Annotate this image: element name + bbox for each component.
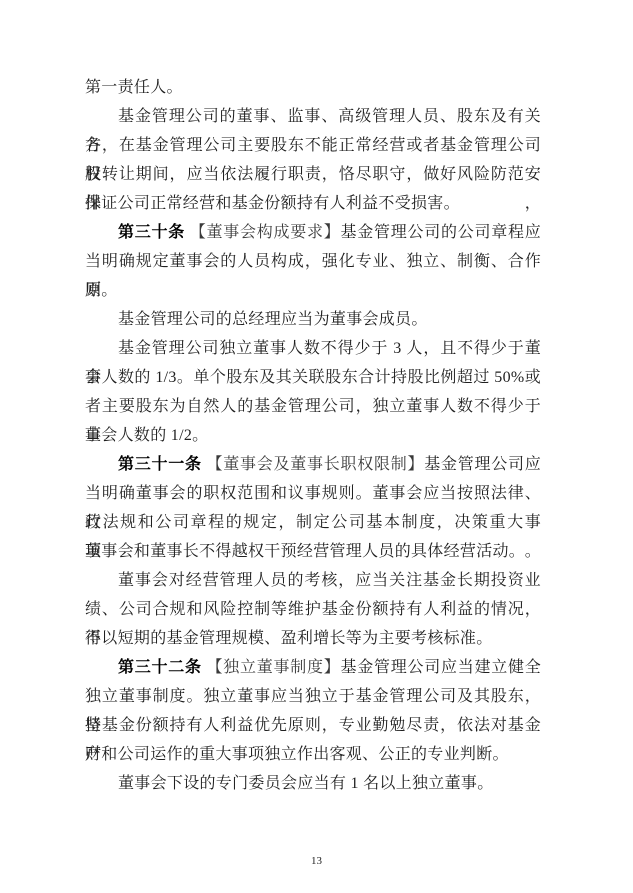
article-number: 第三十条 xyxy=(118,224,185,241)
text-line: 当明确规定董事会的人员构成，强化专业、独立、制衡、合作原 xyxy=(85,247,541,276)
body-text: 董事会下设的专门委员会应当有 1 名以上独立董事。 xyxy=(118,775,494,792)
text-line: 者主要股东为自然人的基金管理公司，独立董事人数不得少于董 xyxy=(85,392,541,421)
text-line: 董事会下设的专门委员会应当有 1 名以上独立董事。 xyxy=(85,769,541,798)
article-number: 第三十二条 xyxy=(118,659,202,676)
document-page: 第一责任人。基金管理公司的董事、监事、高级管理人员、股东及有关各方，在基金管理公… xyxy=(0,0,633,893)
text-line: 第三十一条 【董事会及董事长职权限制】基金管理公司应 xyxy=(85,450,541,479)
article-number: 第三十一条 xyxy=(118,456,202,473)
text-line: 董事会和董事长不得越权干预经营管理人员的具体经营活动。 xyxy=(85,537,541,566)
text-line: 基金管理公司的董事、监事、高级管理人员、股东及有关各 xyxy=(85,102,541,131)
body-text: 会人数的 1/3。单个股东及其关联股东合计持股比例超过 50%或 xyxy=(85,369,541,386)
body-text: 第一责任人。 xyxy=(85,79,183,96)
text-block: 第一责任人。基金管理公司的董事、监事、高级管理人员、股东及有关各方，在基金管理公… xyxy=(85,73,541,798)
text-line: 事会人数的 1/2。 xyxy=(85,421,541,450)
article-title-bracket: 【独立董事制度】 xyxy=(202,659,341,676)
text-line: 持基金份额持有人利益优先原则，专业勤勉尽责，依法对基金财 xyxy=(85,711,541,740)
text-line: 当明确董事会的职权范围和议事规则。董事会应当按照法律、行 xyxy=(85,479,541,508)
text-line: 董事会对经营管理人员的考核，应当关注基金长期投资业 xyxy=(85,566,541,595)
text-line: 方，在基金管理公司主要股东不能正常经营或者基金管理公司股 xyxy=(85,131,541,160)
body-text: 产和公司运作的重大事项独立作出客观、公正的专业判断。 xyxy=(85,746,509,763)
body-text: 基金管理公司应 xyxy=(424,456,541,473)
article-title-bracket: 【董事会构成要求】 xyxy=(185,224,340,241)
page-number: 13 xyxy=(0,855,633,867)
body-text: 董事会对经营管理人员的考核，应当关注基金长期投资业 xyxy=(118,572,541,589)
text-line: 第三十二条 【独立董事制度】基金管理公司应当建立健全 xyxy=(85,653,541,682)
body-text: 基金管理公司的总经理应当为董事会成员。 xyxy=(118,311,428,328)
text-line: 产和公司运作的重大事项独立作出客观、公正的专业判断。 xyxy=(85,740,541,769)
body-text: 则。 xyxy=(85,282,118,299)
text-line: 政法规和公司章程的规定，制定公司基本制度，决策重大事项。 xyxy=(85,508,541,537)
body-text: 得以短期的基金管理规模、盈利增长等为主要考核标准。 xyxy=(85,630,493,647)
body-text: 基金管理公司应当建立健全 xyxy=(340,659,541,676)
text-line: 基金管理公司的总经理应当为董事会成员。 xyxy=(85,305,541,334)
body-text: 事会人数的 1/2。 xyxy=(85,427,208,444)
text-line: 独立董事制度。独立董事应当独立于基金管理公司及其股东，坚 xyxy=(85,682,541,711)
text-line: 第一责任人。 xyxy=(85,73,541,102)
text-line: 绩、公司合规和风险控制等维护基金份额持有人利益的情况，不 xyxy=(85,595,541,624)
text-line: 权转让期间，应当依法履行职责，恪尽职守，做好风险防范安排， xyxy=(85,160,541,189)
text-line: 则。 xyxy=(85,276,541,305)
body-text: 保证公司正常经营和基金份额持有人利益不受损害。 xyxy=(85,195,460,212)
text-line: 基金管理公司独立董事人数不得少于 3 人，且不得少于董事 xyxy=(85,334,541,363)
text-line: 会人数的 1/3。单个股东及其关联股东合计持股比例超过 50%或 xyxy=(85,363,541,392)
body-text: 基金管理公司的公司章程应 xyxy=(340,224,541,241)
text-line: 第三十条 【董事会构成要求】基金管理公司的公司章程应 xyxy=(85,218,541,247)
text-line: 得以短期的基金管理规模、盈利增长等为主要考核标准。 xyxy=(85,624,541,653)
body-text: 董事会和董事长不得越权干预经营管理人员的具体经营活动。 xyxy=(85,543,525,560)
article-title-bracket: 【董事会及董事长职权限制】 xyxy=(202,456,424,473)
